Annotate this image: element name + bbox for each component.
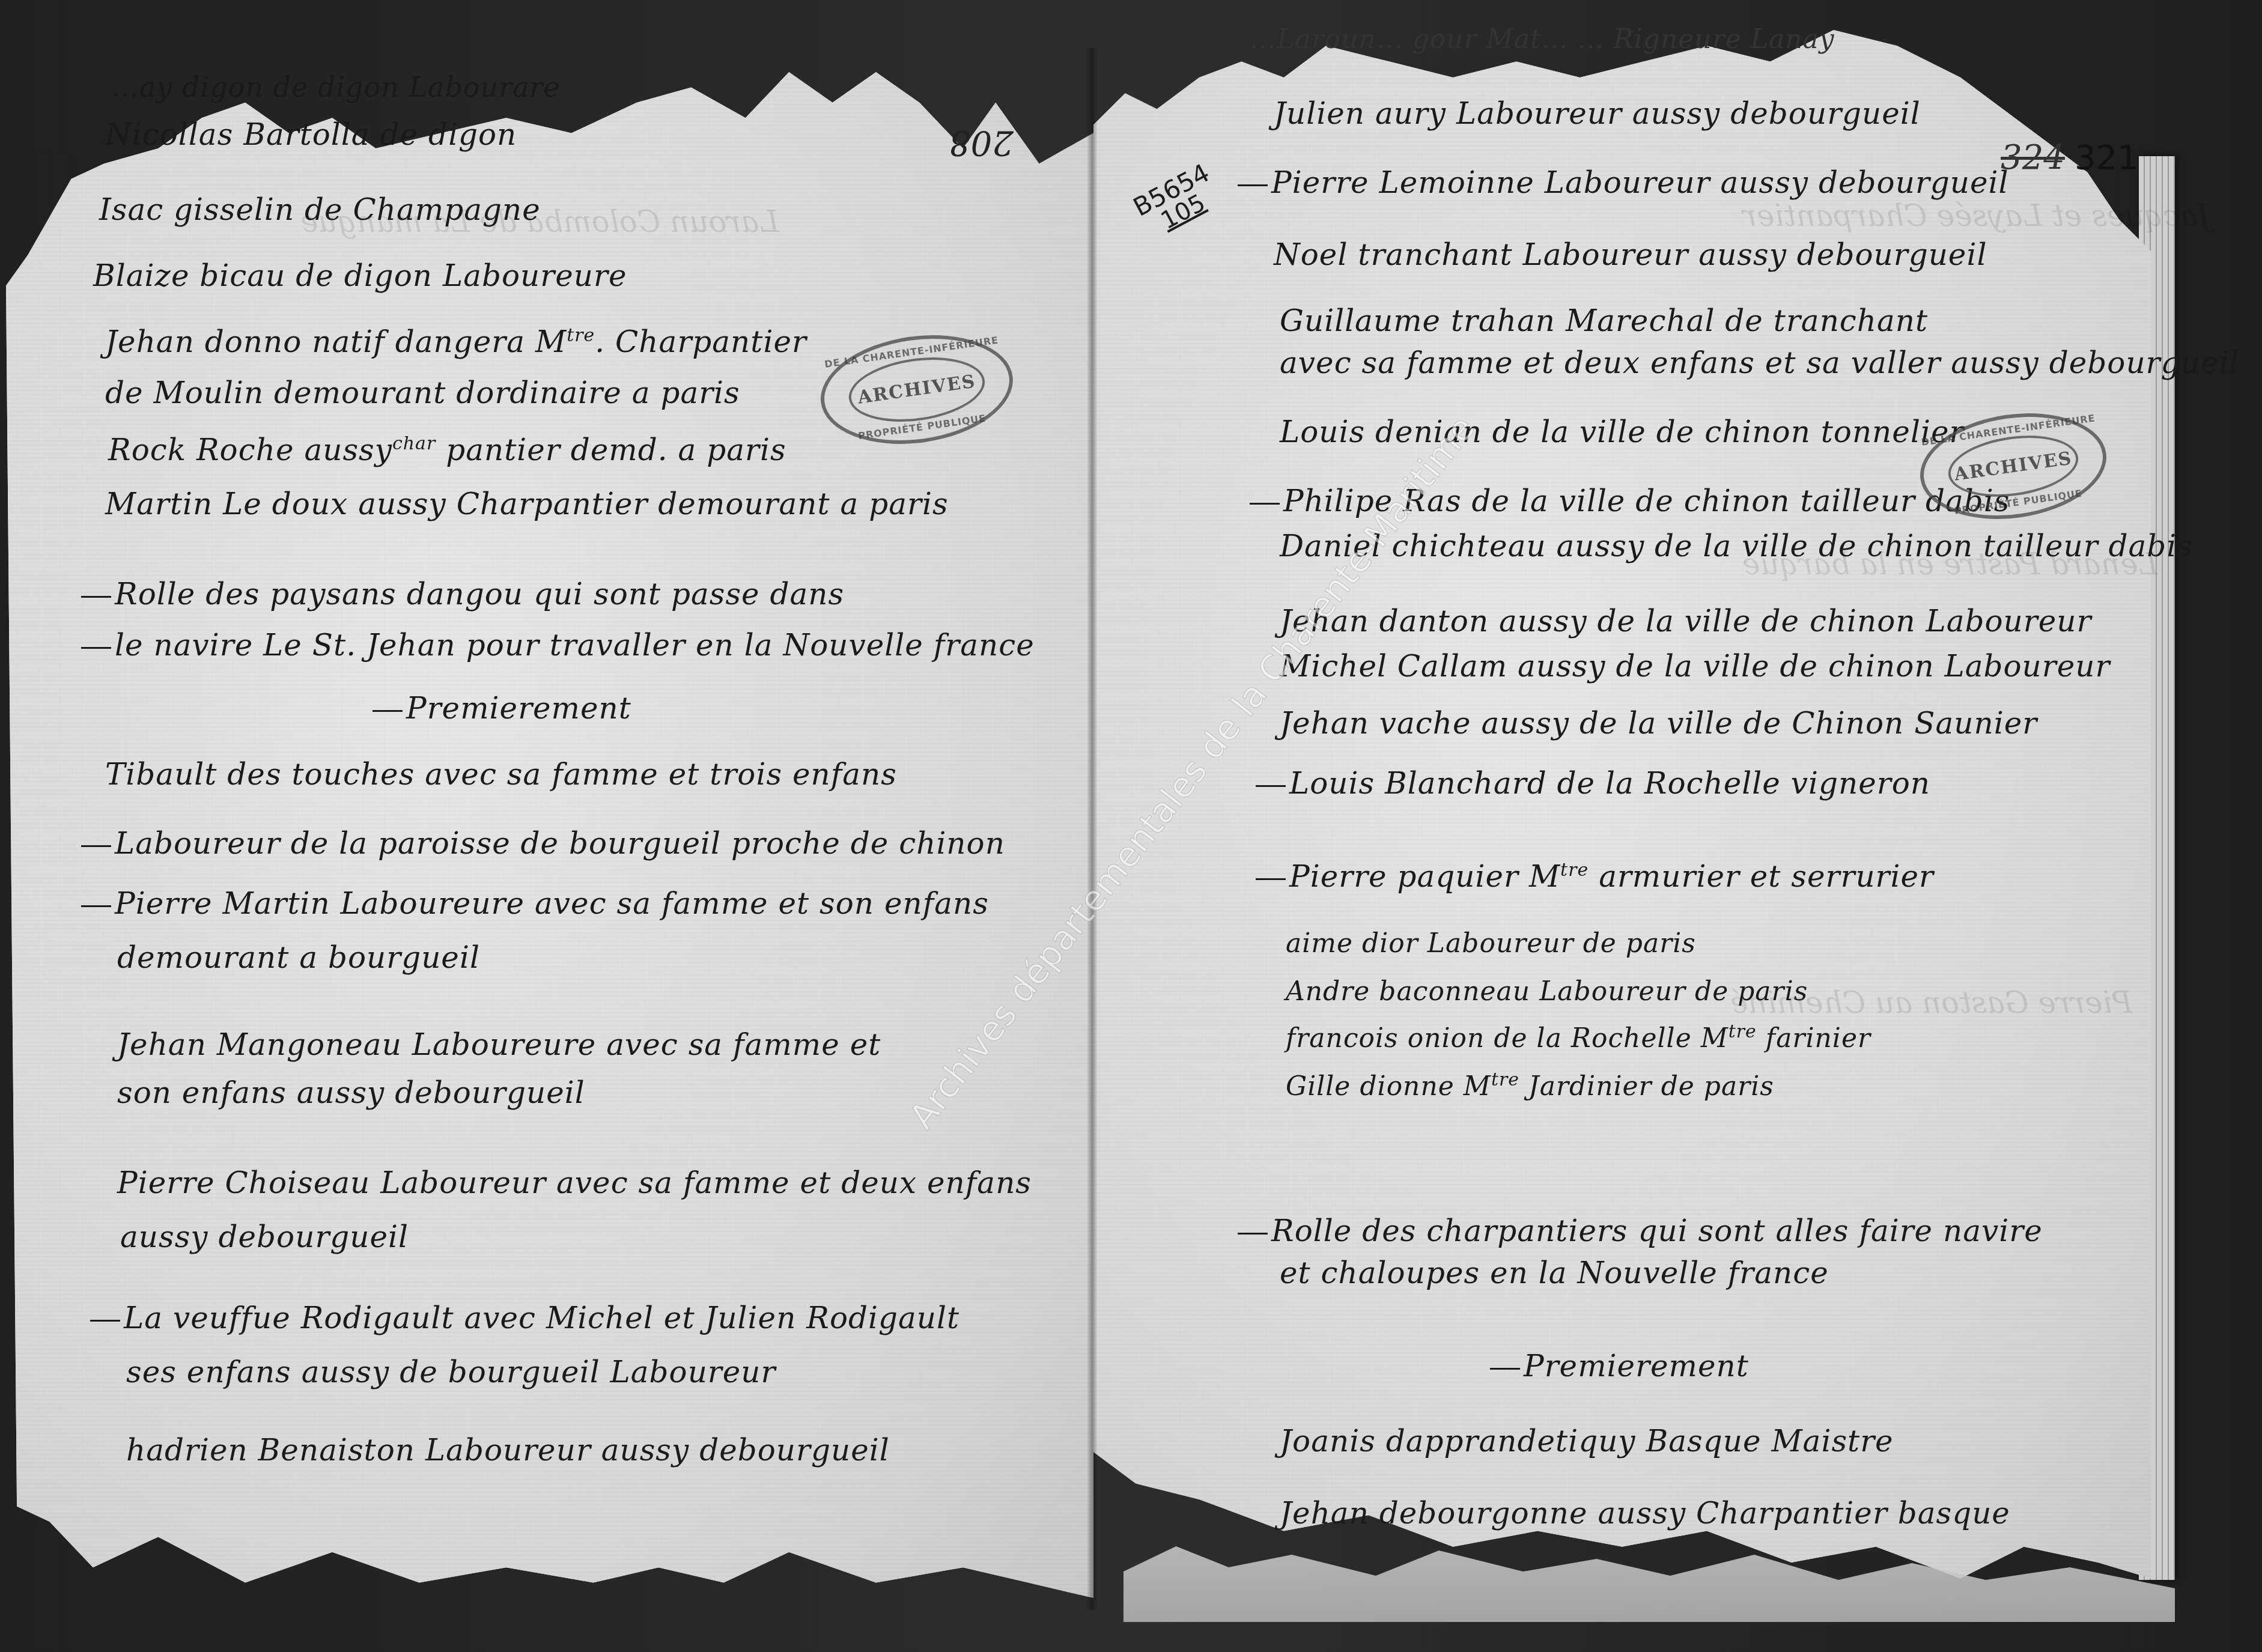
- manuscript-line: Martin Le doux aussy Charpantier demoura…: [105, 487, 949, 521]
- manuscript-line: Louis denian de la ville de chinon tonne…: [1280, 415, 1964, 449]
- manuscript-line: Isac gisselin de Champagne: [99, 192, 541, 227]
- manuscript-line: Laboureur de la paroisse de bourgueil pr…: [81, 826, 1005, 861]
- manuscript-line: Philipe Ras de la ville de chinon taille…: [1250, 484, 2010, 518]
- scan-background: Jacques et Laysée Charpantier Lenard Pas…: [0, 0, 2262, 1652]
- section-heading-roll-carpenters: Rolle des charpantiers qui sont alles fa…: [1238, 1213, 2043, 1248]
- manuscript-line: Daniel chichteau aussy de la ville de ch…: [1280, 529, 2193, 563]
- manuscript-line: Gille dionne Mtre Jardinier de paris: [1286, 1069, 1774, 1102]
- folio-current: 321: [2075, 138, 2139, 177]
- folio-number: 324321: [2001, 138, 2139, 177]
- manuscript-line: Pierre Lemoinne Laboureur aussy debourgu…: [1238, 165, 2009, 200]
- manuscript-line: Joanis dapprandetiquy Basque Maistre: [1280, 1424, 1894, 1459]
- manuscript-line: La veuffue Rodigault avec Michel et Juli…: [90, 1301, 959, 1335]
- manuscript-line: Jehan Mangoneau Laboureure avec sa famme…: [117, 1027, 881, 1062]
- manuscript-line: Andre baconneau Laboureur de paris: [1286, 976, 1808, 1007]
- manuscript-line: Guillaume trahan Marechal de tranchant: [1280, 303, 1928, 338]
- manuscript-line: Pierre paquier Mtre armurier et serrurie…: [1256, 859, 1934, 894]
- manuscript-line: et chaloupes en la Nouvelle france: [1280, 1256, 1829, 1290]
- manuscript-line: Jehan vache aussy de la ville de Chinon …: [1280, 706, 2037, 741]
- manuscript-line: Jehan donno natif dangera Mtre. Charpant…: [105, 324, 807, 359]
- manuscript-line: Julien aury Laboureur aussy debourgueil: [1274, 96, 1921, 131]
- left-header-fragment: …ay digon de digon Labourare: [111, 71, 561, 103]
- manuscript-line: hadrien Benaiston Laboureur aussy debour…: [126, 1433, 890, 1468]
- manuscript-line: le navire Le St. Jehan pour travaller en…: [81, 628, 1035, 663]
- manuscript-line: de Moulin demourant dordinaire a paris: [105, 375, 740, 410]
- bleed-through-text: Jacques et Laysée Charpantier: [1742, 198, 2210, 233]
- manuscript-line: Louis Blanchard de la Rochelle vigneron: [1256, 766, 1930, 801]
- right-header-fragment: …Laroun… gour Mat… … Rigneure Lanay: [1250, 24, 1835, 55]
- torn-paper-fragments: [1123, 1538, 2175, 1622]
- manuscript-line: Pierre Martin Laboureure avec sa famme e…: [81, 886, 989, 921]
- book-gutter: [1087, 48, 1097, 1610]
- premierement-heading: Premierement: [1490, 1349, 1749, 1383]
- manuscript-line: aime dior Laboureur de paris: [1286, 928, 1696, 959]
- manuscript-line: Nicollas Bartolla de digon: [105, 117, 517, 152]
- manuscript-line: Tibault des touches avec sa famme et tro…: [105, 757, 897, 792]
- manuscript-line: aussy debourgueil: [120, 1219, 409, 1254]
- folio-old-crossed: 324: [2001, 138, 2065, 177]
- section-heading-roll-anjou: Rolle des paysans dangou qui sont passe …: [81, 577, 844, 612]
- manuscript-line: ses enfans aussy de bourgueil Laboureur: [126, 1355, 776, 1389]
- manuscript-line: Michel Callam aussy de la ville de chino…: [1280, 649, 2110, 684]
- manuscript-line: Jehan danton aussy de la ville de chinon…: [1280, 604, 2091, 639]
- left-page-mark: 208: [949, 123, 1014, 162]
- manuscript-line: son enfans aussy debourgueil: [117, 1075, 585, 1110]
- manuscript-line: Jehan debourgonne aussy Charpantier basq…: [1280, 1496, 2010, 1531]
- manuscript-line: Rock Roche aussychar pantier demd. a par…: [108, 433, 786, 467]
- manuscript-line: demourant a bourgueil: [117, 940, 480, 975]
- premierement-heading: Premierement: [372, 691, 631, 726]
- manuscript-line: Blaize bicau de digon Laboureure: [93, 258, 627, 293]
- manuscript-line: Noel tranchant Laboureur aussy debourgue…: [1274, 237, 1987, 272]
- manuscript-line: francois onion de la Rochelle Mtre farin…: [1286, 1021, 1871, 1054]
- manuscript-line: Pierre Choiseau Laboureur avec sa famme …: [117, 1165, 1032, 1200]
- manuscript-line: avec sa famme et deux enfans et sa valle…: [1280, 345, 2239, 380]
